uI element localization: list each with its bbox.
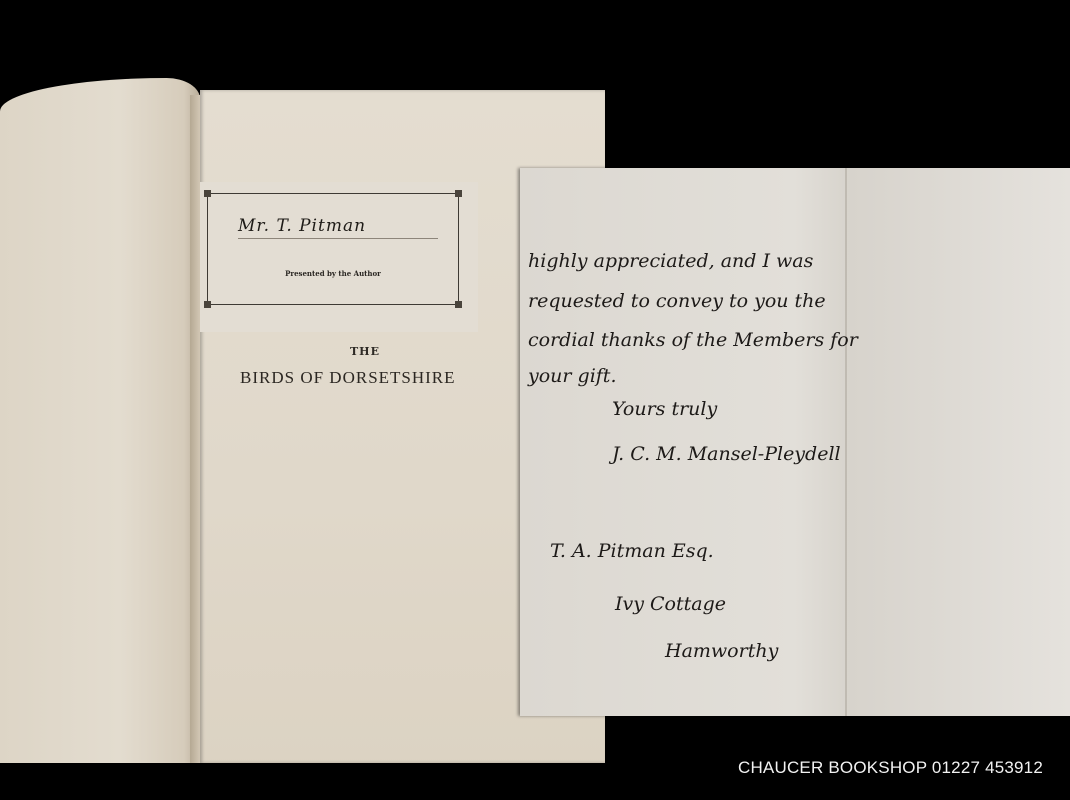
letter-fold-crease	[845, 168, 847, 716]
address-line: Hamworthy	[665, 640, 778, 662]
address-line: Ivy Cottage	[615, 593, 726, 615]
bookplate-recipient-name: Mr. T. Pitman	[238, 216, 438, 239]
letter-line: your gift.	[528, 365, 616, 387]
letter-closing: Yours truly	[612, 398, 717, 420]
corner-ornament-icon	[455, 301, 462, 308]
bookshop-watermark: CHAUCER BOOKSHOP 01227 453912	[738, 758, 1043, 778]
left-book-page	[0, 78, 200, 763]
book-title: BIRDS OF DORSETSHIRE	[240, 368, 456, 388]
corner-ornament-icon	[204, 190, 211, 197]
letter-line: requested to convey to you the	[528, 290, 826, 312]
letter-signature: J. C. M. Mansel-Pleydell	[612, 443, 841, 465]
letter-line: cordial thanks of the Members for	[528, 329, 858, 351]
corner-ornament-icon	[455, 190, 462, 197]
address-line: T. A. Pitman Esq.	[550, 540, 714, 562]
letter-line: highly appreciated, and I was	[528, 250, 813, 272]
handwritten-letter: highly appreciated, and I was requested …	[520, 168, 1070, 716]
photo-scene: Mr. T. Pitman Presented by the Author TH…	[0, 0, 1070, 800]
corner-ornament-icon	[204, 301, 211, 308]
book-title-prefix: THE	[350, 345, 380, 358]
presentation-bookplate: Mr. T. Pitman Presented by the Author	[200, 182, 478, 332]
bookplate-presented-text: Presented by the Author	[208, 269, 458, 278]
bookplate-border: Mr. T. Pitman Presented by the Author	[207, 193, 459, 305]
